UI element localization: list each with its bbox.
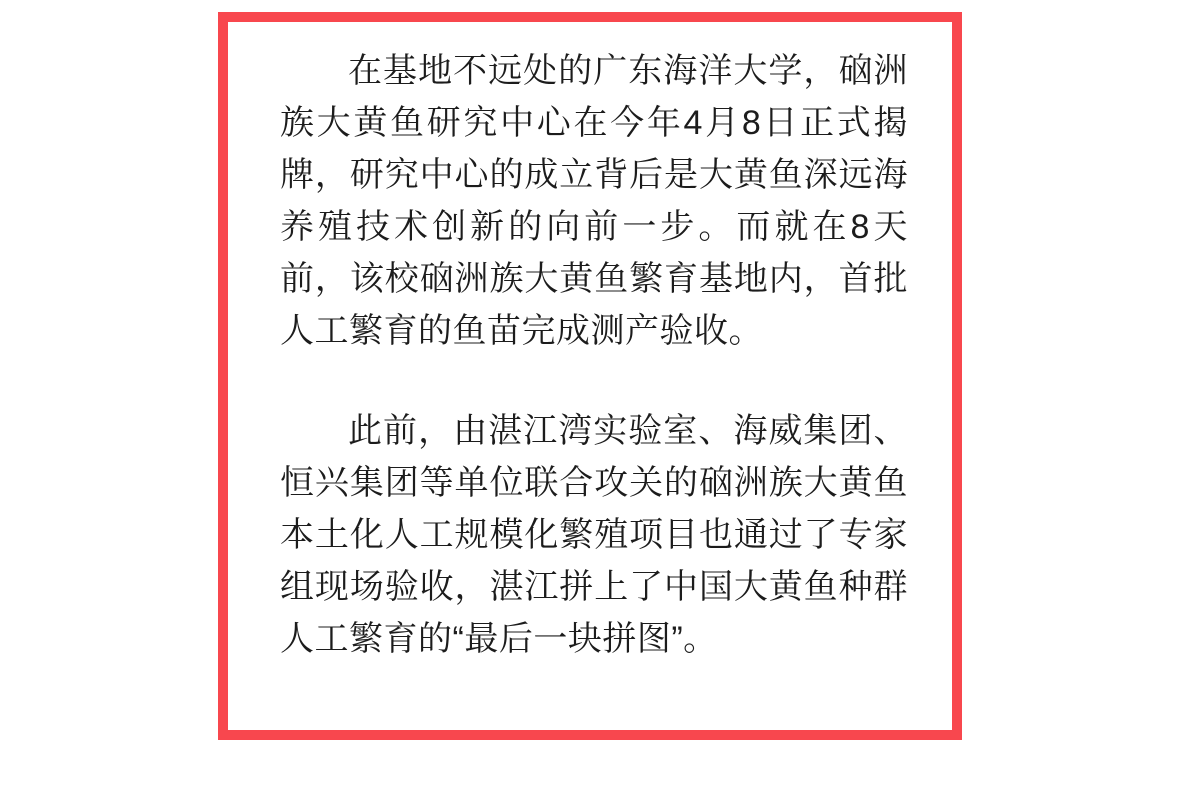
article-paragraph-1: 在基地不远处的广东海洋大学，硇洲族大黄鱼研究中心在今年4月8日正式揭牌，研究中心…	[280, 45, 908, 357]
article-paragraph-2: 此前，由湛江湾实验室、海威集团、恒兴集团等单位联合攻关的硇洲族大黄鱼本土化人工规…	[280, 405, 908, 665]
page-background: 在基地不远处的广东海洋大学，硇洲族大黄鱼研究中心在今年4月8日正式揭牌，研究中心…	[0, 0, 1189, 803]
red-highlight-frame: 在基地不远处的广东海洋大学，硇洲族大黄鱼研究中心在今年4月8日正式揭牌，研究中心…	[218, 12, 962, 740]
